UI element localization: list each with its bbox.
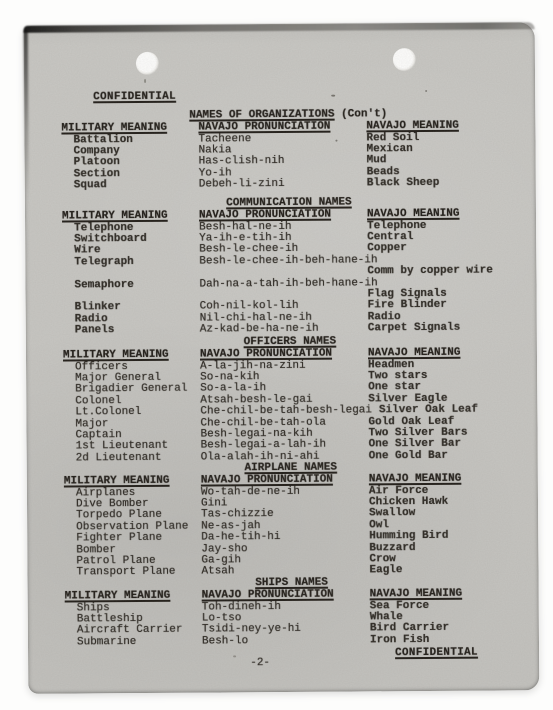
typewritten-page: CONFIDENTIAL NAMES OF ORGANIZATIONS (Con…: [24, 22, 540, 694]
navajo-pronunciation: Atsah: [201, 567, 234, 579]
navajo-pronunciation: Debeh-li-zini: [199, 179, 285, 191]
column-header-navajo-pronunciation: NAVAJO PRONUNCIATION: [198, 122, 330, 134]
navajo-meaning: Comm by copper wire: [367, 266, 492, 278]
document-scan: CONFIDENTIAL NAMES OF ORGANIZATIONS (Con…: [24, 22, 540, 694]
column-header-military-meaning: MILITARY MEANING: [65, 591, 171, 603]
military-meaning: Semaphore: [74, 280, 134, 292]
military-meaning: Panels: [75, 325, 115, 337]
section-title-suffix: (Con't): [334, 108, 387, 120]
navajo-pronunciation: Az-kad-be-ha-ne-ih: [200, 324, 319, 336]
section-communication-names: COMMUNICATION NAMESMILITARY MEANINGNAVAJ…: [25, 196, 536, 200]
classification-stamp-bottom: CONFIDENTIAL: [395, 648, 478, 660]
section-names-of-organizations: NAMES OF ORGANIZATIONS (Con't)MILITARY M…: [24, 108, 535, 112]
navajo-pronunciation: Dah-na-a-tah-ih-beh-hane-ih: [199, 278, 377, 291]
military-meaning: Transport Plane: [76, 567, 175, 579]
military-meaning: Telegraph: [74, 257, 134, 269]
navajo-meaning: Black Sheep: [367, 178, 440, 190]
navajo-meaning: One Gold Bar: [369, 451, 448, 463]
navajo-pronunciation: Besh-le-chee-ih-beh-hane-ih: [199, 255, 377, 268]
column-header-navajo-meaning: NAVAJO MEANING: [367, 209, 459, 221]
page-number: -2-: [250, 658, 270, 670]
navajo-meaning: Carpet Signals: [368, 323, 460, 335]
navajo-meaning: Eagle: [369, 565, 402, 577]
navajo-meaning: Iron Fish: [370, 635, 430, 647]
code-table: NAMES OF ORGANIZATIONS (Con't)MILITARY M…: [24, 22, 540, 694]
column-header-navajo-meaning: NAVAJO MEANING: [368, 348, 460, 360]
military-meaning: Submarine: [77, 637, 137, 649]
military-meaning: Squad: [74, 180, 107, 192]
navajo-pronunciation: Besh-lo: [202, 636, 248, 648]
military-meaning: Fighter Plane: [76, 533, 162, 545]
column-header-navajo-meaning: NAVAJO MEANING: [369, 474, 461, 486]
military-meaning: 2d Lieutenant: [76, 453, 162, 465]
